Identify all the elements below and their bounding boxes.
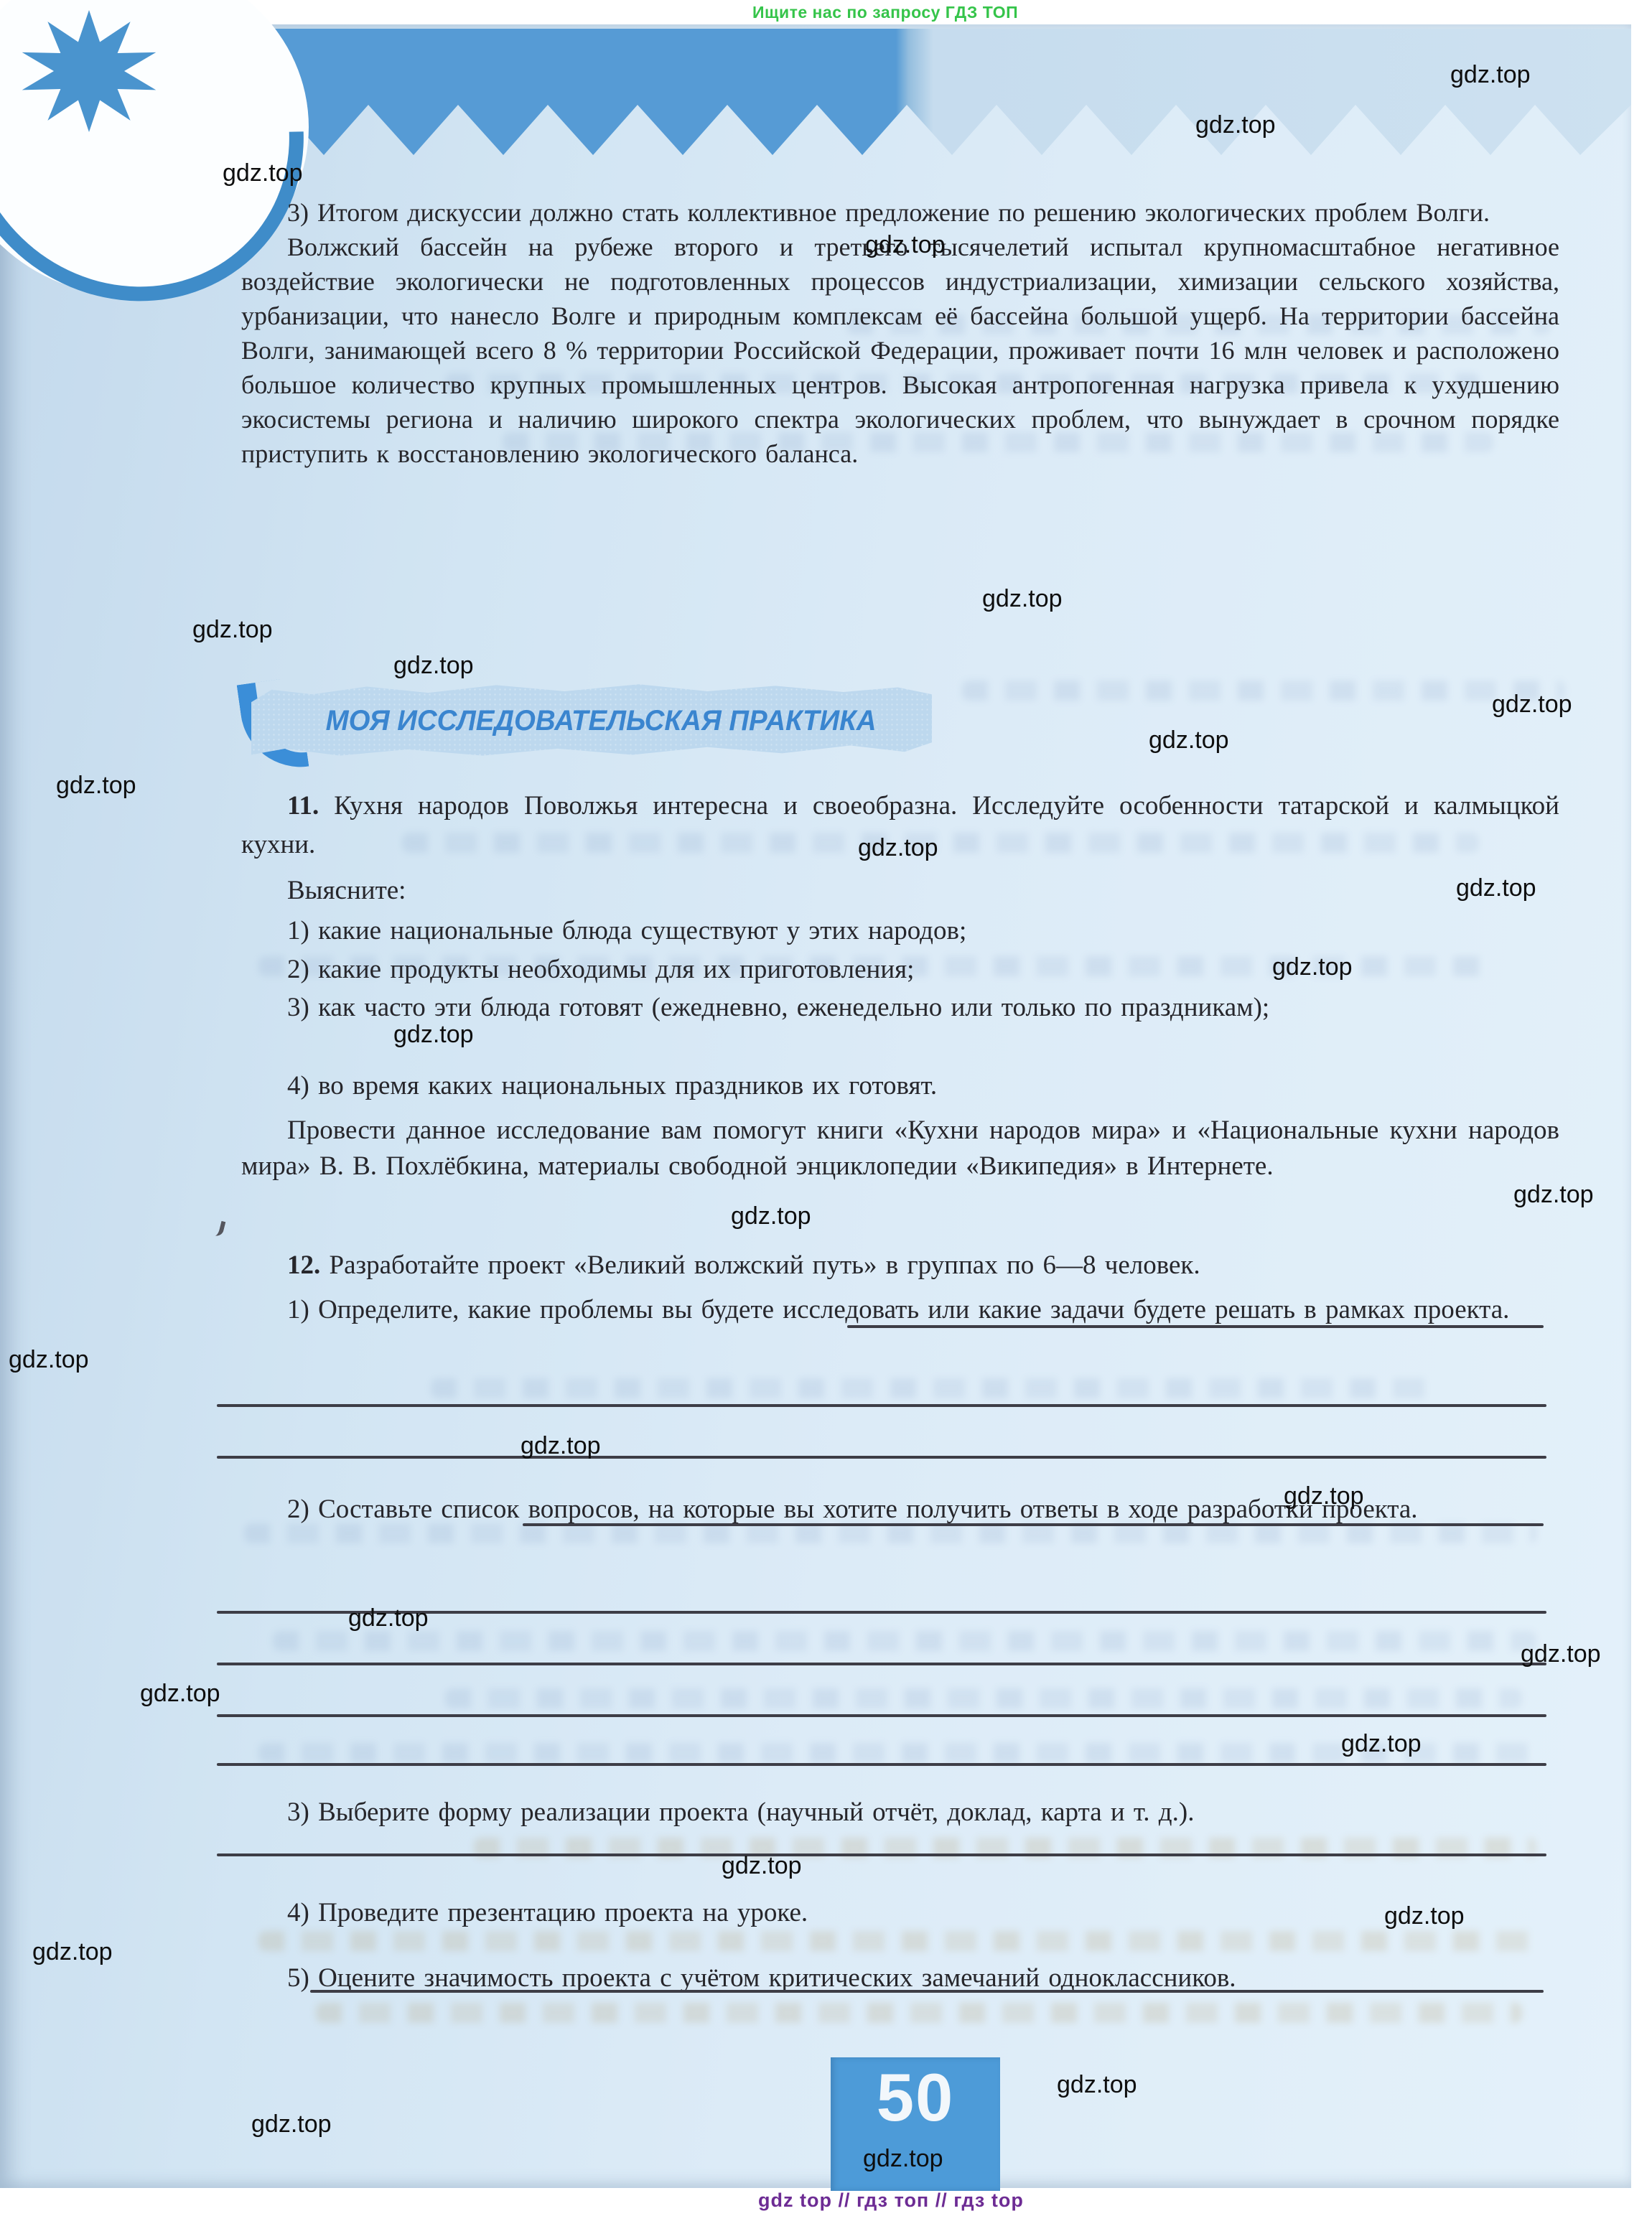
task-11-number: 11. (287, 791, 319, 821)
answer-blank-line (217, 1853, 1546, 1856)
task-11-lead-in: Выясните: (241, 871, 1559, 910)
gdz-watermark: gdz.top (32, 1938, 113, 1966)
gdz-watermark: gdz.top (863, 2145, 943, 2173)
gdz-watermark: gdz.top (251, 2110, 332, 2138)
bleed-through (258, 1931, 1536, 1951)
gdz-watermark: gdz.top (1341, 1730, 1422, 1758)
gdz-watermark: gdz.top (348, 1604, 429, 1632)
section-banner-title: МОЯ ИССЛЕДОВАТЕЛЬСКАЯ ПРАКТИКА (251, 705, 876, 737)
gdz-watermark: gdz.top (865, 231, 946, 259)
task-12-heading: 12. Разработайте проект «Великий волжски… (241, 1246, 1559, 1285)
answer-blank-line (217, 1456, 1546, 1459)
bleed-through (431, 1378, 1436, 1398)
gdz-watermark: gdz.top (192, 616, 273, 644)
task-11-item-1: 1) какие национальные блюда существуют у… (241, 912, 1559, 950)
volga-basin-paragraph: Волжский бассейн на рубеже второго и тре… (241, 230, 1559, 471)
footer-site-tags: gdz top // гдз топ // гдз top (758, 2189, 1024, 2212)
gdz-watermark: gdz.top (1272, 953, 1353, 981)
gdz-watermark: gdz.top (1149, 726, 1229, 754)
answer-blank-line (310, 1990, 1544, 1993)
task-11-note: Провести данное исследование вам помогут… (241, 1113, 1559, 1184)
task-12-number: 12. (287, 1250, 320, 1280)
gdz-watermark: gdz.top (731, 1202, 811, 1230)
gdz-watermark: gdz.top (1450, 61, 1531, 89)
gdz-watermark: gdz.top (1513, 1181, 1594, 1209)
task-12-text: Разработайте проект «Великий волжский пу… (330, 1250, 1200, 1280)
task-12-item-4: 4) Проведите презентацию проекта на урок… (241, 1894, 1559, 1932)
gdz-watermark: gdz.top (722, 1852, 802, 1880)
gdz-watermark: gdz.top (393, 1021, 474, 1049)
answer-blank-line (847, 1325, 1544, 1328)
task-11-item-4: 4) во время каких национальных празднико… (241, 1067, 1559, 1105)
gdz-watermark: gdz.top (140, 1680, 220, 1708)
answer-blank-line (217, 1763, 1546, 1766)
gdz-watermark: gdz.top (1195, 111, 1276, 139)
discussion-item-3: 3) Итогом дискуссии должно стать коллект… (241, 195, 1559, 230)
gdz-watermark: gdz.top (56, 772, 136, 800)
search-hint-text: Ищите нас по запросу ГДЗ ТОП (752, 3, 1018, 22)
bleed-through (445, 1688, 1522, 1708)
scanned-workbook-page: { "page": { "search_hint": "Ищите нас по… (0, 0, 1652, 2216)
task-11-item-2: 2) какие продукты необходимы для их приг… (241, 950, 1559, 989)
gdz-watermark: gdz.top (393, 652, 474, 680)
answer-blank-line (217, 1663, 1546, 1665)
gdz-watermark: gdz.top (982, 585, 1063, 613)
gdz-watermark: gdz.top (1057, 2071, 1137, 2099)
gdz-watermark: gdz.top (521, 1432, 601, 1460)
gdz-watermark: gdz.top (1384, 1902, 1465, 1930)
gdz-watermark: gdz.top (223, 159, 303, 187)
task-12-item-1: 1) Определите, какие проблемы вы будете … (241, 1286, 1559, 1334)
bleed-through (962, 681, 1565, 701)
page-number: 50 (831, 2059, 1000, 2136)
answer-blank-line (523, 1523, 1544, 1526)
gdz-watermark: gdz.top (1492, 691, 1572, 719)
task-12-item-5: 5) Оцените значимость проекта с учётом к… (241, 1958, 1559, 1998)
gdz-watermark: gdz.top (1284, 1482, 1364, 1510)
gdz-watermark: gdz.top (1521, 1640, 1601, 1668)
gdz-watermark: gdz.top (858, 834, 938, 862)
answer-blank-line (217, 1714, 1546, 1717)
gdz-watermark: gdz.top (1456, 874, 1536, 902)
bleed-through (316, 2003, 1522, 2023)
answer-blank-line (217, 1404, 1546, 1407)
task-12-item-3: 3) Выберите форму реализации проекта (на… (241, 1793, 1559, 1832)
bleed-through (273, 1631, 1536, 1651)
gdz-watermark: gdz.top (9, 1346, 89, 1374)
